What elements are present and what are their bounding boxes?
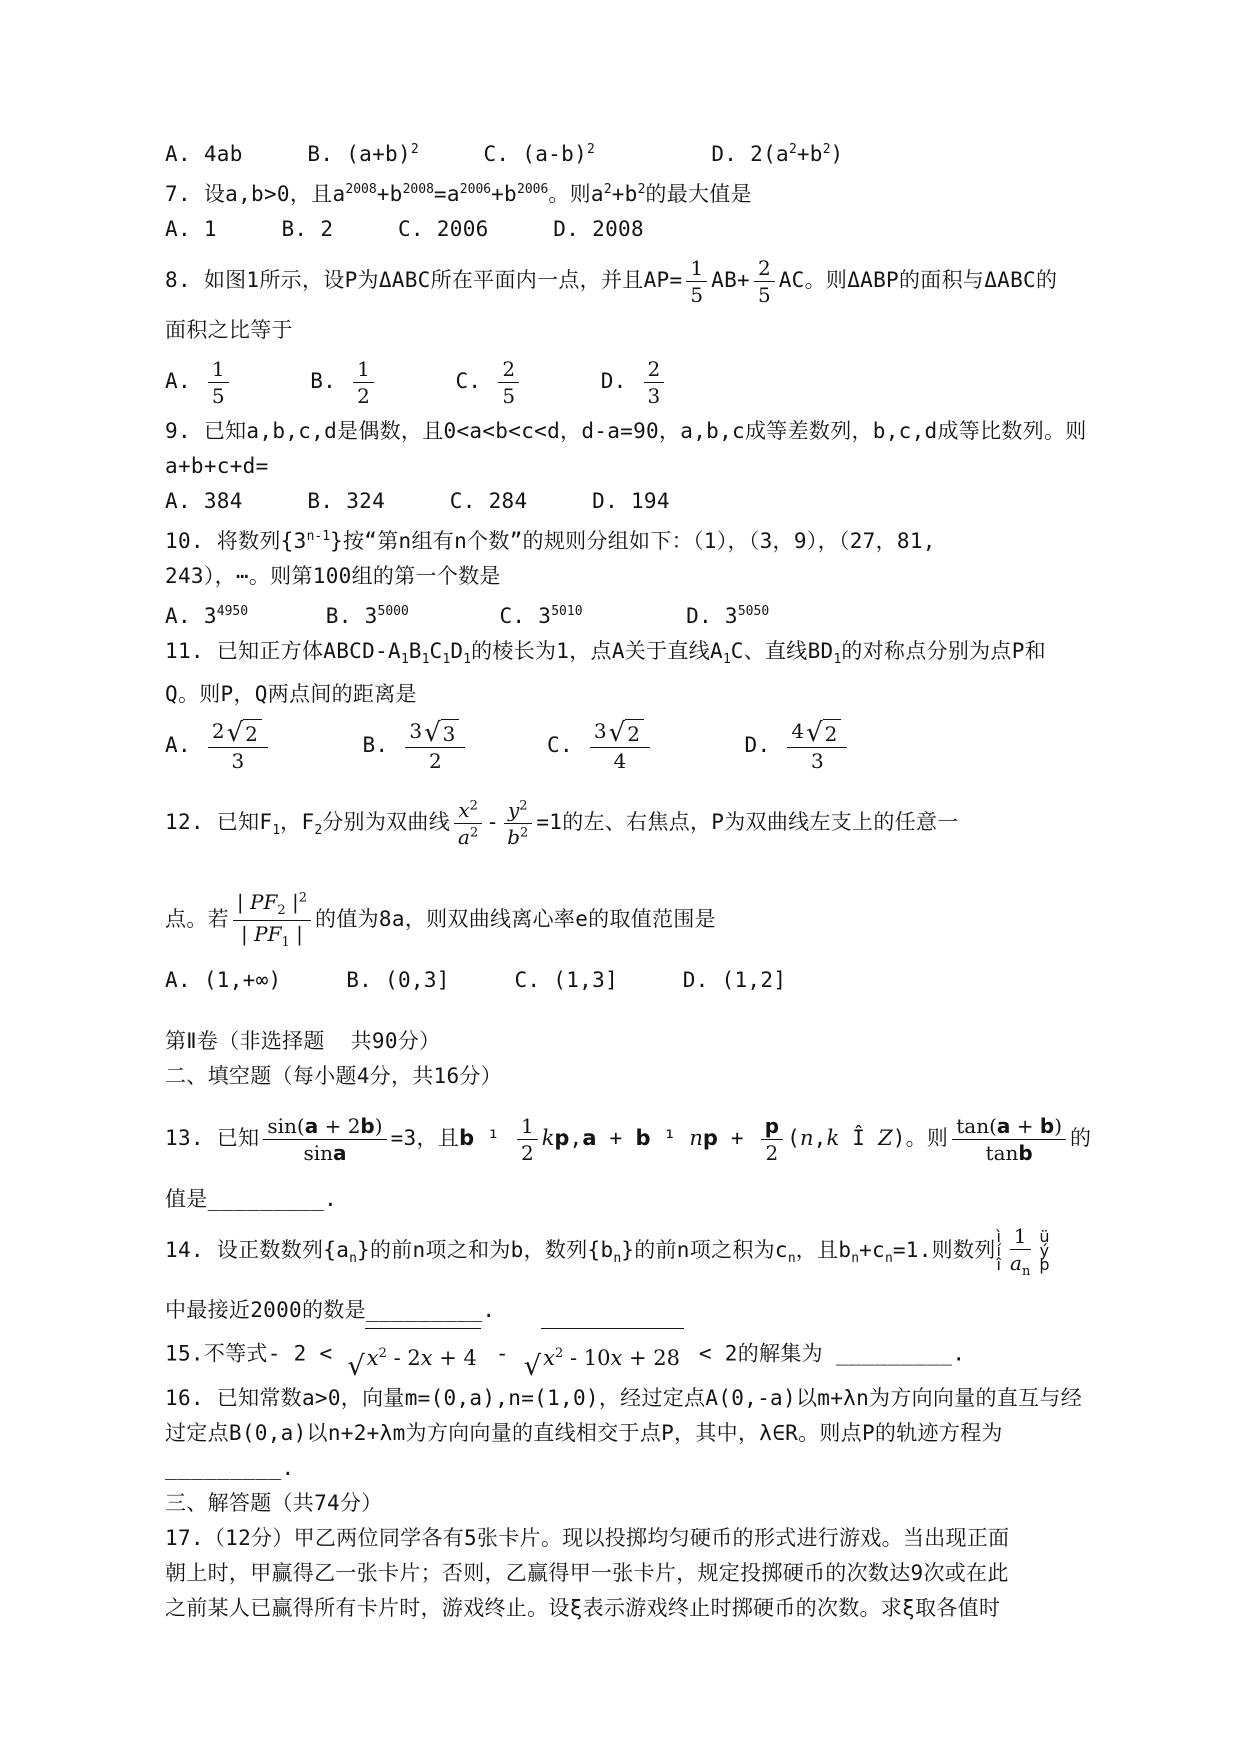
q9-stem-2: a+b+c+d= — [165, 449, 1101, 484]
q13-blank: 值是_________. — [165, 1182, 1101, 1217]
q13-stem: 13. 已知sin(a + 2b)sina=3，且b ¹ 12kp,a + b … — [165, 1094, 1101, 1182]
q11-options: A. 2√23 B. 3√32 C. 3√24 D. 4√23 — [165, 712, 1101, 778]
q11-stem-2: Q。则P，Q两点间的距离是 — [165, 677, 1101, 712]
q12-stem-2: 点。若| PF2 |2| PF1 |的值为8a，则双曲线离心率e的取值范围是 — [165, 875, 1101, 963]
q16-stem-1: 16. 已知常数a>0，向量m=(0,a),n=(1,0)，经过定点A(0,-a… — [165, 1381, 1101, 1416]
q17-stem-3: 之前某人已赢得所有卡片时，游戏终止。设ξ表示游戏终止时掷硬币的次数。求ξ取各值时 — [165, 1591, 1101, 1626]
q16-stem-2: 过定点B(0,a)以n+2+λm为方向向量的直线相交于点P，其中，λ∈R。则点P… — [165, 1416, 1101, 1451]
q17-stem-2: 朝上时，甲赢得乙一张卡片；否则，乙赢得甲一张卡片，规定投掷硬币的次数达9次或在此 — [165, 1556, 1101, 1591]
q12-options: A. (1,+∞) B. (0,3] C. (1,3] D. (1,2] — [165, 963, 1101, 998]
q9-options: A. 384 B. 324 C. 284 D. 194 — [165, 484, 1101, 519]
q7-options: A. 1 B. 2 C. 2006 D. 2008 — [165, 212, 1101, 247]
q17-stem-1: 17.（12分）甲乙两位同学各有5张卡片。现以投掷均匀硬币的形式进行游戏。当出现… — [165, 1521, 1101, 1556]
q14-blank: 中最接近2000的数是_________. — [165, 1293, 1101, 1328]
document-page: A. 4ab B. (a+b)2 C. (a-b)2 D. 2(a2+b2)7.… — [0, 0, 1241, 1626]
part2-header: 第Ⅱ卷（非选择题 共90分） — [165, 1024, 1101, 1059]
section2-header: 二、填空题（每小题4分，共16分） — [165, 1059, 1101, 1094]
section3-header: 三、解答题（共74分） — [165, 1486, 1101, 1521]
q15-stem: 15.不等式- 2 < √x2 - 2x + 4 - √x2 - 10x + 2… — [165, 1328, 1101, 1381]
q9-stem-1: 9. 已知a,b,c,d是偶数，且0<a<b<c<d，d-a=90，a,b,c成… — [165, 414, 1101, 449]
q8-options: A. 15 B. 12 C. 25 D. 23 — [165, 348, 1101, 414]
q8-stem-1: 8. 如图1所示，设P为ΔABC所在平面内一点，并且AP=15AB+25AC。则… — [165, 247, 1101, 313]
exam-text-body: A. 4ab B. (a+b)2 C. (a-b)2 D. 2(a2+b2)7.… — [165, 132, 1101, 1626]
q10-stem-1: 10. 将数列{3n-1}按“第n组有n个数”的规则分组如下：（1），（3，9）… — [165, 519, 1101, 559]
q14-stem: 14. 设正数数列{an}的前n项之和为b，数列{bn}的前n项之积为cn，且b… — [165, 1217, 1101, 1292]
q8-stem-2: 面积之比等于 — [165, 313, 1101, 348]
q16-blank: _________. — [165, 1451, 1101, 1486]
q10-stem-2: 243），⋯。则第100组的第一个数是 — [165, 559, 1101, 594]
q10-options: A. 34950 B. 35000 C. 35010 D. 35050 — [165, 594, 1101, 634]
q11-stem-1: 11. 已知正方体ABCD-A1B1C1D1的棱长为1，点A关于直线A1C、直线… — [165, 634, 1101, 677]
q6-options: A. 4ab B. (a+b)2 C. (a-b)2 D. 2(a2+b2) — [165, 132, 1101, 172]
q12-stem-1: 12. 已知F1，F2分别为双曲线x2a2-y2b2=1的左、右焦点，P为双曲线… — [165, 778, 1101, 875]
q7-stem: 7. 设a,b>0，且a2008+b2008=a2006+b2006。则a2+b… — [165, 172, 1101, 212]
